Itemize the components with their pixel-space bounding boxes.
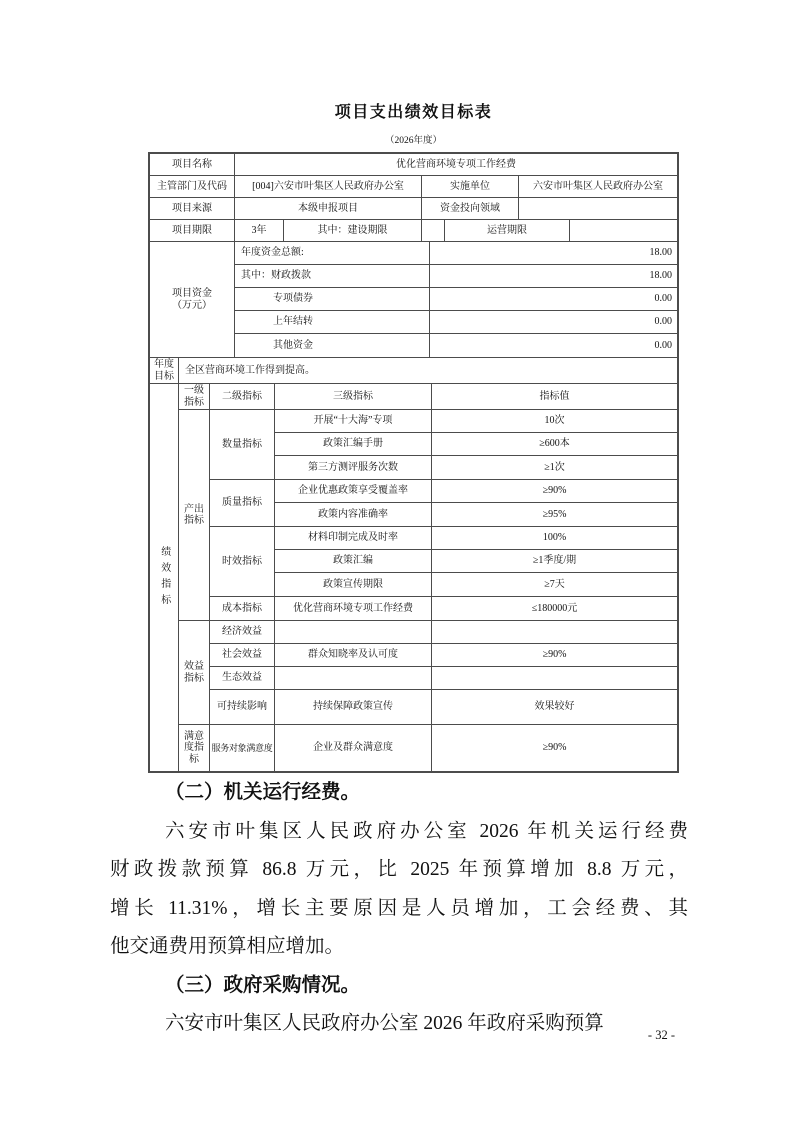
department-label: 主管部门及代码 bbox=[150, 176, 235, 197]
fund-name: 上年结转 bbox=[235, 311, 430, 333]
table-subtitle: （2026年度） bbox=[148, 132, 679, 146]
indicator-value: 效果较好 bbox=[432, 690, 677, 724]
timeliness-label: 时效指标 bbox=[210, 527, 275, 596]
indicator-name: 政策汇编 bbox=[275, 550, 432, 572]
project-name-label: 项目名称 bbox=[150, 154, 235, 175]
indicator-value: ≤180000元 bbox=[432, 597, 677, 620]
indicator-name bbox=[275, 621, 432, 643]
indicator-value: ≥95% bbox=[432, 503, 677, 526]
row-project-name: 项目名称 优化营商环境专项工作经费 bbox=[150, 154, 677, 176]
indicator-name: 开展“十大海”专项 bbox=[275, 410, 432, 432]
fund-name: 其他资金 bbox=[235, 334, 430, 357]
output-label: 产出指标 bbox=[179, 410, 210, 620]
group-satisfaction: 满意度指标 服务对象满意度 企业及群众满意度 ≥90% bbox=[179, 725, 677, 771]
indicator-name: 材料印制完成及时率 bbox=[275, 527, 432, 549]
row-department: 主管部门及代码 [004]六安市叶集区人民政府办公室 实施单位 六安市叶集区人民… bbox=[150, 176, 677, 198]
header-level3: 三级指标 bbox=[275, 384, 432, 409]
group-quantity: 数量指标 开展“十大海”专项 10次 政策汇编手册 ≥600本 bbox=[210, 410, 677, 480]
header-level2: 二级指标 bbox=[210, 384, 275, 409]
indicator-row: 材料印制完成及时率 100% bbox=[275, 527, 677, 550]
funds-rows: 年度资金总额: 18.00 其中：财政拨款 18.00 专项债券 0.00 上年… bbox=[235, 242, 677, 357]
row-period: 项目期限 3年 其中：建设期限 运营期限 bbox=[150, 220, 677, 242]
indicator-value: ≥90% bbox=[432, 480, 677, 502]
indicator-name: 持续保障政策宣传 bbox=[275, 690, 432, 724]
indicator-name: 政策汇编手册 bbox=[275, 433, 432, 455]
benefit-row-sustainability: 可持续影响 持续保障政策宣传 效果较好 bbox=[210, 690, 677, 724]
fund-value: 18.00 bbox=[430, 265, 677, 287]
fund-name: 其中：财政拨款 bbox=[235, 265, 430, 287]
section-performance: 绩效指标 一级指标 二级指标 三级指标 指标值 产出指标 数量指标 bbox=[150, 384, 677, 771]
funding-field-value bbox=[519, 198, 677, 219]
heading-section-2: （二）机关运行经费。 bbox=[110, 774, 688, 813]
section-funds: 项目资金（万元） 年度资金总额: 18.00 其中：财政拨款 18.00 专项债… bbox=[150, 242, 677, 358]
benefit-label: 效益指标 bbox=[179, 621, 210, 724]
source-value: 本级申报项目 bbox=[235, 198, 422, 219]
indicator-value: ≥90% bbox=[432, 644, 677, 666]
group-benefit: 效益指标 经济效益 社会效益 群众知晓率及认可度 ≥90% bbox=[179, 621, 677, 725]
implementing-unit-value: 六安市叶集区人民政府办公室 bbox=[519, 176, 677, 197]
benefit-sub-label: 经济效益 bbox=[210, 621, 275, 643]
source-label: 项目来源 bbox=[150, 198, 235, 219]
paragraph-line: 他交通费用预算相应增加。 bbox=[110, 928, 688, 967]
period-value: 3年 bbox=[235, 220, 284, 241]
annual-goal-label: 年度目标 bbox=[150, 358, 179, 383]
quantity-rows: 开展“十大海”专项 10次 政策汇编手册 ≥600本 第三方测评服务次数 ≥1次 bbox=[275, 410, 677, 479]
indicator-row: 政策宣传期限 ≥7天 bbox=[275, 573, 677, 596]
indicator-name: 优化营商环境专项工作经费 bbox=[275, 597, 432, 620]
fund-row-total: 年度资金总额: 18.00 bbox=[235, 242, 677, 265]
indicator-row: 第三方测评服务次数 ≥1次 bbox=[275, 456, 677, 479]
fund-value: 18.00 bbox=[430, 242, 677, 264]
indicator-name: 第三方测评服务次数 bbox=[275, 456, 432, 479]
paragraph-line: 六安市叶集区人民政府办公室 2026 年政府采购预算 bbox=[110, 1005, 688, 1044]
indicator-value bbox=[432, 667, 677, 689]
indicator-name: 企业及群众满意度 bbox=[275, 725, 432, 771]
performance-target-table: 项目名称 优化营商环境专项工作经费 主管部门及代码 [004]六安市叶集区人民政… bbox=[148, 152, 679, 773]
fund-row-bond: 专项债券 0.00 bbox=[235, 288, 677, 311]
build-period-value bbox=[422, 220, 445, 241]
project-name-value: 优化营商环境专项工作经费 bbox=[235, 154, 677, 175]
funding-field-label: 资金投向领域 bbox=[422, 198, 519, 219]
group-cost: 成本指标 优化营商环境专项工作经费 ≤180000元 bbox=[210, 597, 677, 620]
fund-name: 专项债券 bbox=[235, 288, 430, 310]
satisfaction-label: 满意度指标 bbox=[179, 725, 210, 771]
benefit-sub-label: 社会效益 bbox=[210, 644, 275, 666]
indicator-name: 企业优惠政策享受覆盖率 bbox=[275, 480, 432, 502]
annual-goal-value: 全区营商环境工作得到提高。 bbox=[179, 358, 677, 383]
fund-row-fiscal: 其中：财政拨款 18.00 bbox=[235, 265, 677, 288]
implementing-unit-label: 实施单位 bbox=[422, 176, 519, 197]
fund-value: 0.00 bbox=[430, 288, 677, 310]
heading-section-3: （三）政府采购情况。 bbox=[110, 967, 688, 1006]
header-value: 指标值 bbox=[432, 384, 677, 409]
period-label: 项目期限 bbox=[150, 220, 235, 241]
perf-header-row: 一级指标 二级指标 三级指标 指标值 bbox=[179, 384, 677, 410]
body-text: （二）机关运行经费。 六安市叶集区人民政府办公室 2026 年机关运行经费 财政… bbox=[110, 774, 688, 1044]
fund-row-carryover: 上年结转 0.00 bbox=[235, 311, 677, 334]
indicator-value: 10次 bbox=[432, 410, 677, 432]
satisfaction-sub-label: 服务对象满意度 bbox=[210, 725, 275, 771]
benefit-sub-label: 生态效益 bbox=[210, 667, 275, 689]
output-rows: 数量指标 开展“十大海”专项 10次 政策汇编手册 ≥600本 bbox=[210, 410, 677, 620]
benefit-row-ecological: 生态效益 bbox=[210, 667, 677, 690]
paragraph-line: 六安市叶集区人民政府办公室 2026 年机关运行经费 bbox=[110, 813, 688, 852]
benefit-sub-label: 可持续影响 bbox=[210, 690, 275, 724]
fund-value: 0.00 bbox=[430, 311, 677, 333]
table-title: 项目支出绩效目标表 bbox=[148, 99, 679, 122]
performance-rows: 一级指标 二级指标 三级指标 指标值 产出指标 数量指标 开展“十大海”专项 bbox=[179, 384, 677, 771]
paragraph-line: 财政拨款预算 86.8 万元，比 2025 年预算增加 8.8 万元， bbox=[110, 851, 688, 890]
indicator-value: 100% bbox=[432, 527, 677, 549]
indicator-value: ≥7天 bbox=[432, 573, 677, 596]
build-period-label: 其中：建设期限 bbox=[284, 220, 422, 241]
indicator-name bbox=[275, 667, 432, 689]
operate-period-label: 运营期限 bbox=[445, 220, 570, 241]
paragraph-line: 增长 11.31%，增长主要原因是人员增加，工会经费、其 bbox=[110, 890, 688, 929]
indicator-row: 政策汇编 ≥1季度/期 bbox=[275, 550, 677, 573]
quality-rows: 企业优惠政策享受覆盖率 ≥90% 政策内容准确率 ≥95% bbox=[275, 480, 677, 526]
row-annual-goal: 年度目标 全区营商环境工作得到提高。 bbox=[150, 358, 677, 384]
header-level1: 一级指标 bbox=[179, 384, 210, 409]
benefit-row-economic: 经济效益 bbox=[210, 621, 677, 644]
performance-side-label-text: 绩效指标 bbox=[158, 546, 170, 610]
indicator-row: 政策汇编手册 ≥600本 bbox=[275, 433, 677, 456]
fund-value: 0.00 bbox=[430, 334, 677, 357]
indicator-name: 政策内容准确率 bbox=[275, 503, 432, 526]
row-source: 项目来源 本级申报项目 资金投向领域 bbox=[150, 198, 677, 220]
fund-name: 年度资金总额: bbox=[235, 242, 430, 264]
group-quality: 质量指标 企业优惠政策享受覆盖率 ≥90% 政策内容准确率 ≥95% bbox=[210, 480, 677, 527]
funds-label: 项目资金（万元） bbox=[150, 242, 235, 357]
quality-label: 质量指标 bbox=[210, 480, 275, 526]
benefit-row-social: 社会效益 群众知晓率及认可度 ≥90% bbox=[210, 644, 677, 667]
indicator-value: ≥1季度/期 bbox=[432, 550, 677, 572]
indicator-name: 政策宣传期限 bbox=[275, 573, 432, 596]
indicator-value: ≥600本 bbox=[432, 433, 677, 455]
indicator-name: 群众知晓率及认可度 bbox=[275, 644, 432, 666]
benefit-rows: 经济效益 社会效益 群众知晓率及认可度 ≥90% 生态效益 bbox=[210, 621, 677, 724]
indicator-value: ≥1次 bbox=[432, 456, 677, 479]
group-timeliness: 时效指标 材料印制完成及时率 100% 政策汇编 ≥1季度/期 bbox=[210, 527, 677, 597]
indicator-row: 开展“十大海”专项 10次 bbox=[275, 410, 677, 433]
indicator-row: 企业优惠政策享受覆盖率 ≥90% bbox=[275, 480, 677, 503]
operate-period-value bbox=[570, 220, 677, 241]
quantity-label: 数量指标 bbox=[210, 410, 275, 479]
cost-label: 成本指标 bbox=[210, 597, 275, 620]
group-output: 产出指标 数量指标 开展“十大海”专项 10次 政策汇编手册 bbox=[179, 410, 677, 621]
timeliness-rows: 材料印制完成及时率 100% 政策汇编 ≥1季度/期 政策宣传期限 ≥7天 bbox=[275, 527, 677, 596]
fund-row-other: 其他资金 0.00 bbox=[235, 334, 677, 357]
indicator-value bbox=[432, 621, 677, 643]
performance-target-sheet: 项目支出绩效目标表 （2026年度） 项目名称 优化营商环境专项工作经费 主管部… bbox=[148, 99, 679, 773]
performance-side-label: 绩效指标 bbox=[150, 384, 179, 771]
indicator-value: ≥90% bbox=[432, 725, 677, 771]
department-value: [004]六安市叶集区人民政府办公室 bbox=[235, 176, 422, 197]
indicator-row: 政策内容准确率 ≥95% bbox=[275, 503, 677, 526]
page-number: - 32 - bbox=[648, 1028, 675, 1043]
